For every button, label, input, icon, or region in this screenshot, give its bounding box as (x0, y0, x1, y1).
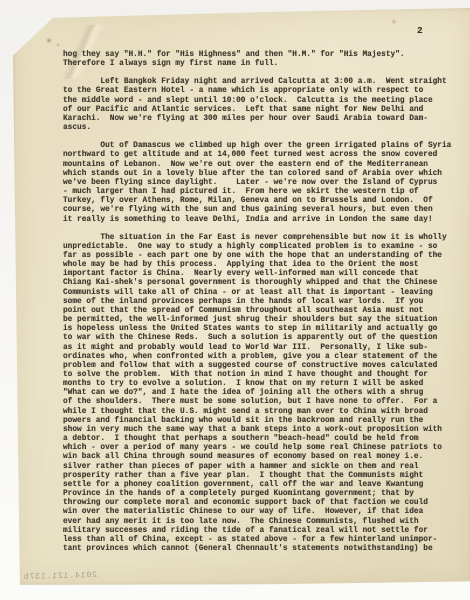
paragraph-bangkok-calcutta: Left Bangkok Friday night and arrived Ca… (63, 78, 459, 133)
letter-page: 2 hog they say "H.H." for "His Highness"… (13, 8, 470, 586)
foxing-spot (37, 12, 42, 16)
paragraph-signature-note: hog they say "H.H." for "His Highness" a… (63, 51, 459, 69)
foxing-spot (56, 43, 60, 47)
paragraph-far-east-situation: The situation in the Far East is never c… (63, 234, 459, 554)
foxing-spot (391, 19, 397, 24)
page-number: 2 (417, 25, 423, 36)
scan-background: 2 hog they say "H.H." for "His Highness"… (0, 0, 470, 600)
accession-number-pencil: 2014.121.137b (23, 570, 97, 582)
letter-body: hog they say "H.H." for "His Highness" a… (63, 51, 459, 563)
foxing-spot (46, 38, 52, 43)
paragraph-damascus-flight: Out of Damascus we climbed up high over … (63, 142, 459, 224)
